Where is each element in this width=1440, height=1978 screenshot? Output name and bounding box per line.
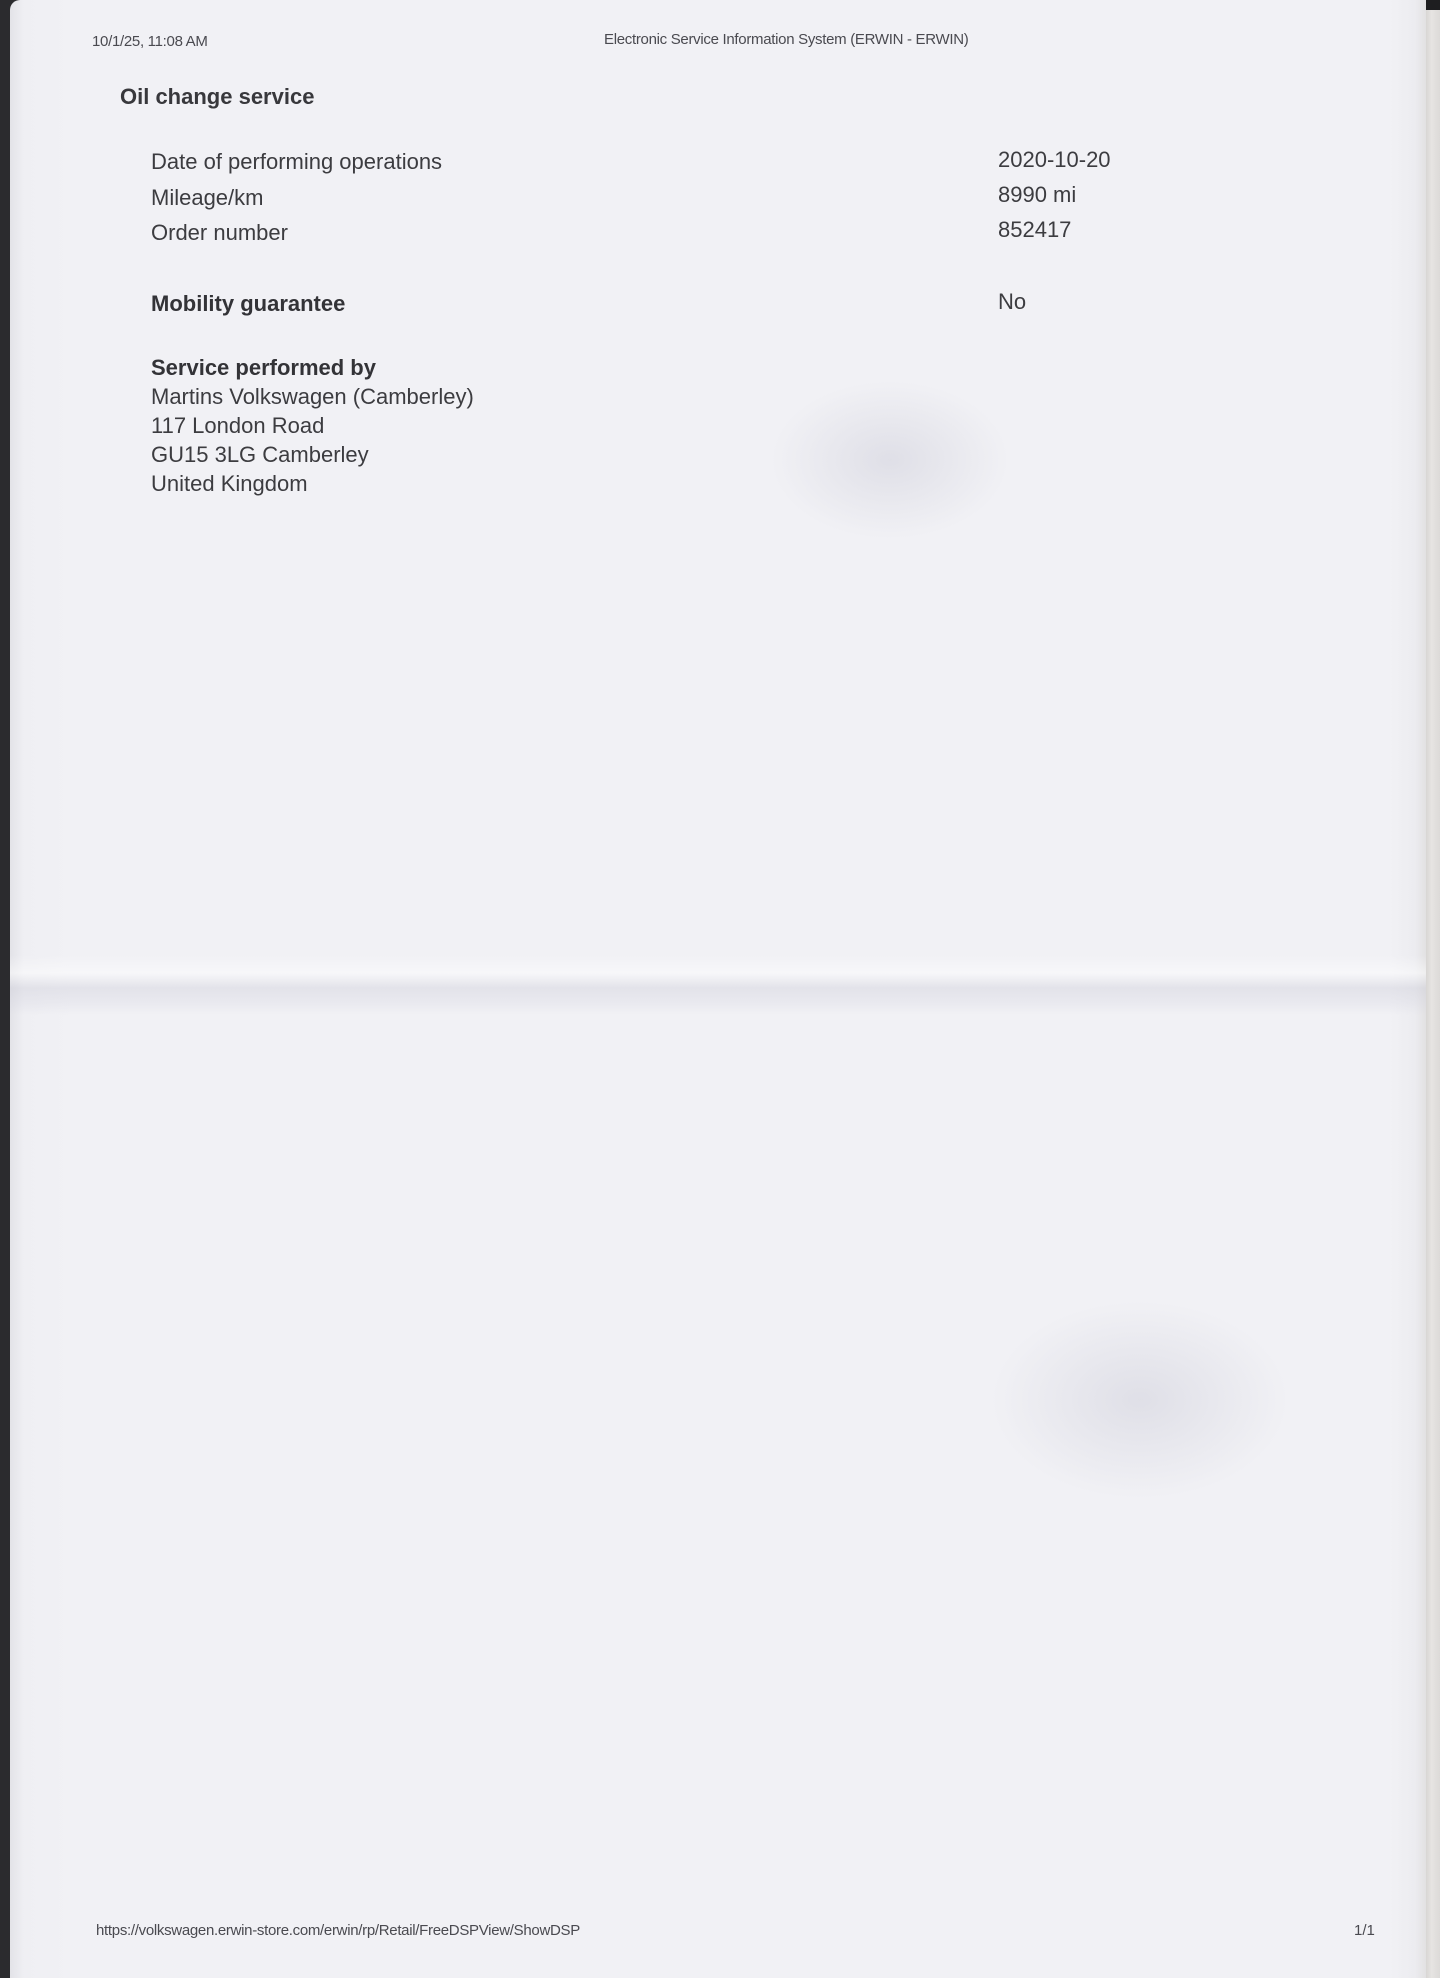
detail-value-mileage: 8990 mi [998,182,1076,208]
system-name-header: Electronic Service Information System (E… [604,31,968,48]
paper-right-edge [1426,0,1440,1978]
service-provider-name: Martins Volkswagen (Camberley) [151,382,474,411]
scan-smudge [990,1300,1290,1500]
detail-value-date: 2020-10-20 [998,147,1111,173]
service-provider-block: Service performed by Martins Volkswagen … [151,353,474,498]
service-provider-street: 117 London Road [151,411,474,440]
mobility-guarantee-label: Mobility guarantee [151,291,345,317]
scanned-page-background: 10/1/25, 11:08 AM Electronic Service Inf… [0,0,1440,1978]
detail-label-date: Date of performing operations [151,149,442,175]
service-provider-country: United Kingdom [151,469,474,498]
service-provider-heading: Service performed by [151,353,474,382]
mobility-guarantee-value: No [998,289,1026,315]
footer-url: https://volkswagen.erwin-store.com/erwin… [96,1922,580,1939]
scan-smudge [770,380,1010,540]
detail-label-mileage: Mileage/km [151,185,263,211]
detail-value-order-number: 852417 [998,217,1071,243]
paper-sheet: 10/1/25, 11:08 AM Electronic Service Inf… [10,0,1426,1978]
service-provider-postcode-city: GU15 3LG Camberley [151,440,474,469]
detail-label-order-number: Order number [151,220,288,246]
page-indicator: 1/1 [1354,1922,1375,1939]
print-timestamp: 10/1/25, 11:08 AM [92,33,208,50]
scanner-corner [1426,0,1440,10]
document-title: Oil change service [120,84,314,110]
